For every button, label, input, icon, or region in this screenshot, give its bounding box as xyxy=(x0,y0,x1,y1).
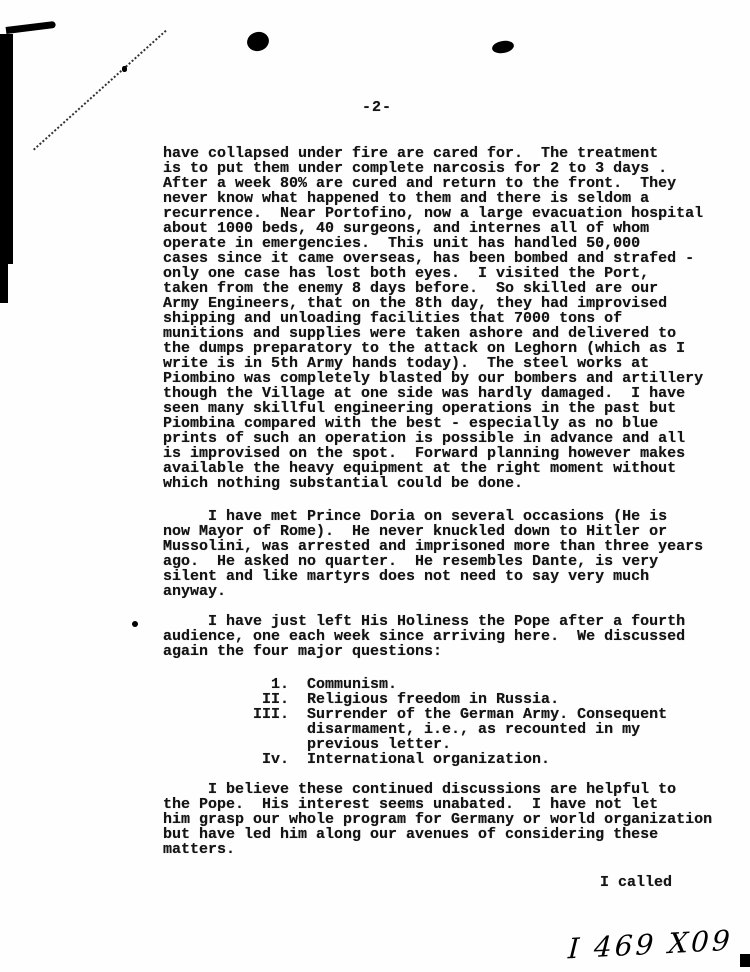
ink-blob-left xyxy=(245,29,271,53)
ink-dot-margin xyxy=(132,621,138,627)
scan-artifact-left-bar-taper xyxy=(0,258,8,303)
ink-blob-right xyxy=(491,39,515,55)
scan-artifact-left-curl xyxy=(6,21,56,34)
page-number: -2- xyxy=(362,100,392,115)
paragraph-prince-doria: I have met Prince Doria on several occas… xyxy=(163,509,728,599)
scan-artifact-corner xyxy=(740,954,750,967)
ink-speck xyxy=(122,66,127,72)
paragraph-discussions-helpful: I believe these continued discussions ar… xyxy=(163,782,728,857)
scan-artifact-left-bar xyxy=(0,34,13,264)
numbered-list-four-questions: 1. Communism. II. Religious freedom in R… xyxy=(163,677,728,767)
closing-line: I called xyxy=(600,875,728,890)
document-page: -2- have collapsed under fire are cared … xyxy=(0,0,750,972)
scan-scratch-line xyxy=(33,30,167,151)
letter-body: have collapsed under fire are cared for.… xyxy=(163,146,728,890)
paragraph-treatment-and-engineers: have collapsed under fire are cared for.… xyxy=(163,146,728,491)
paragraph-pope-audience: I have just left His Holiness the Pope a… xyxy=(163,614,728,659)
handwritten-annotation: I 469 X09 xyxy=(567,924,733,966)
